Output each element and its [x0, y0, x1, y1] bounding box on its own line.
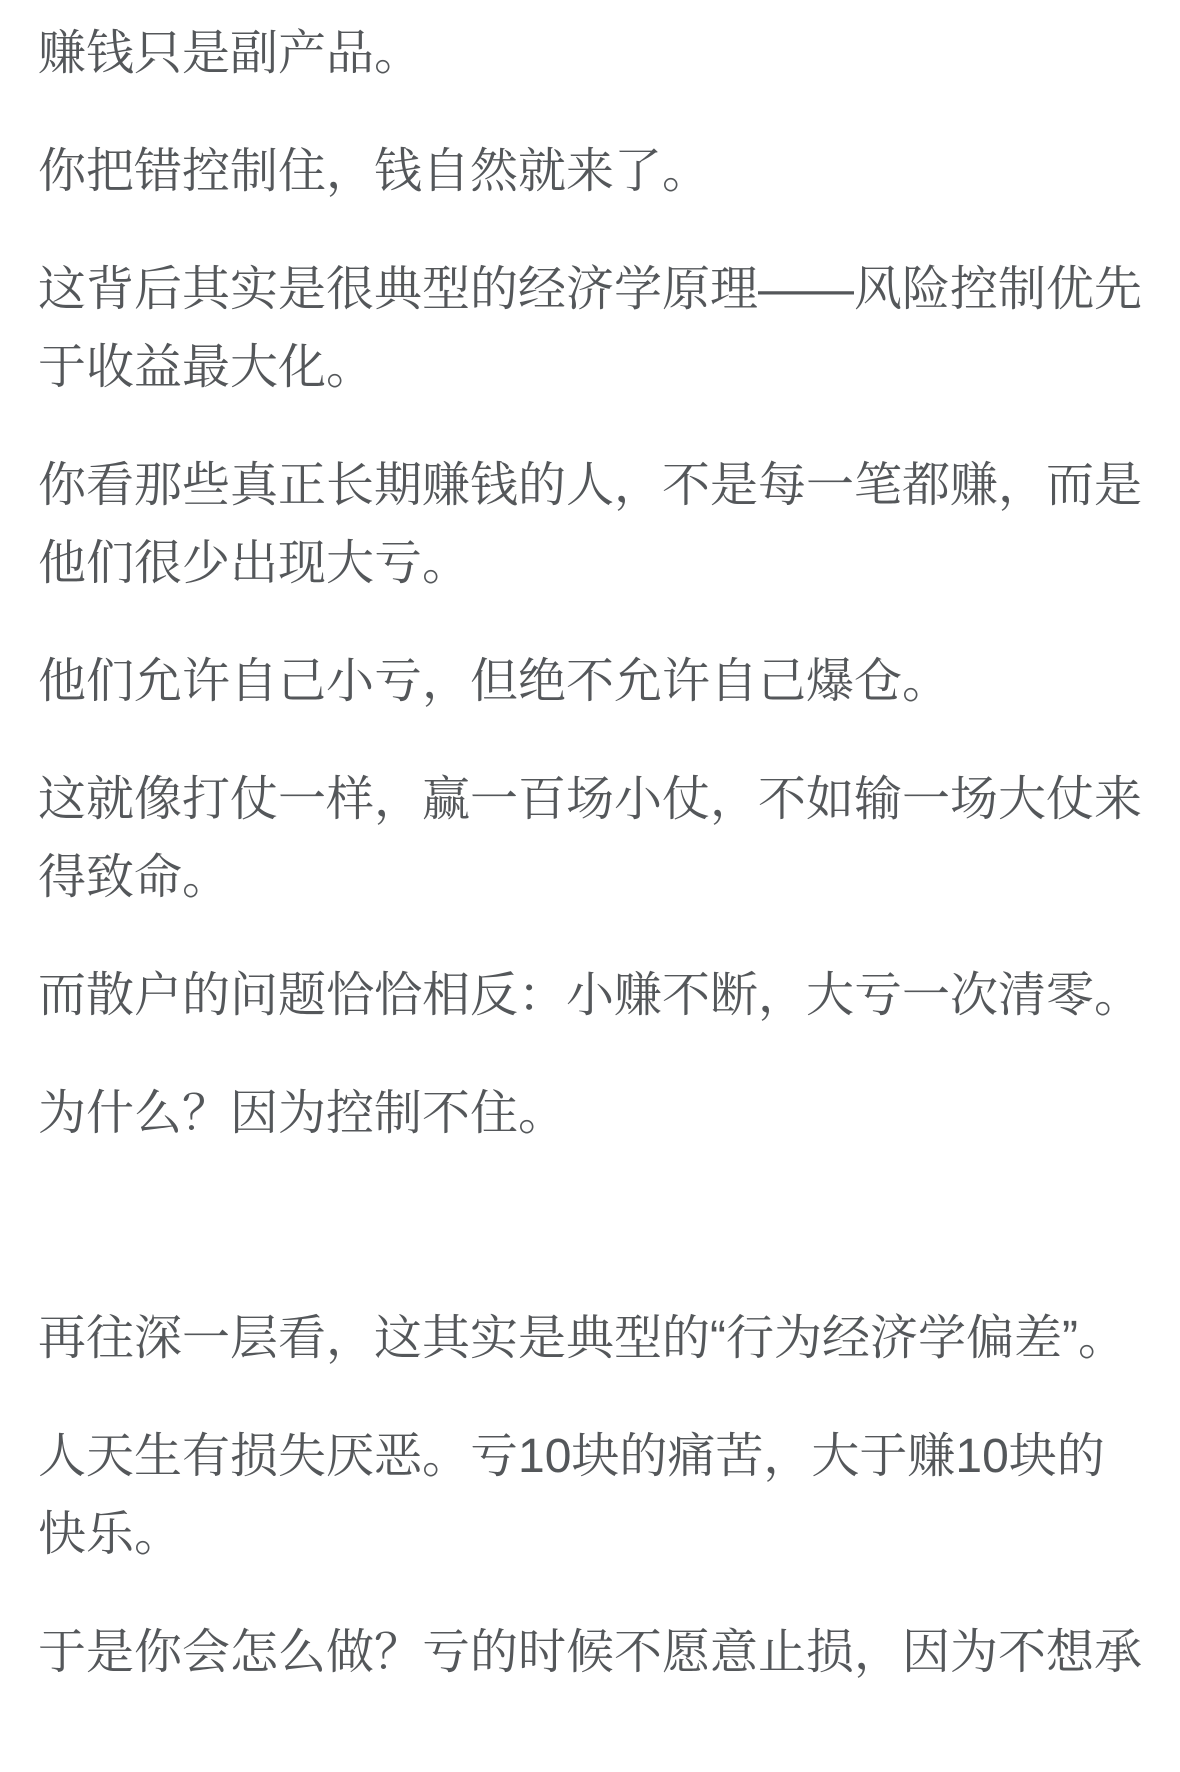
paragraph: 人天生有损失厌恶。亏10块的痛苦，大于赚10块的快乐。 — [38, 1418, 1148, 1574]
paragraph: 赚钱只是副产品。 — [38, 15, 1148, 93]
paragraph: 这就像打仗一样，赢一百场小仗，不如输一场大仗来得致命。 — [38, 761, 1148, 917]
paragraph: 你看那些真正长期赚钱的人，不是每一笔都赚，而是他们很少出现大亏。 — [38, 447, 1148, 603]
article: 赚钱只是副产品。你把错控制住，钱自然就来了。这背后其实是很典型的经济学原理——风… — [0, 0, 1180, 1772]
paragraph: 这背后其实是很典型的经济学原理——风险控制优先于收益最大化。 — [38, 251, 1148, 407]
paragraph: 他们允许自己小亏，但绝不允许自己爆仓。 — [38, 643, 1148, 721]
paragraph: 再往深一层看，这其实是典型的“行为经济学偏差”。 — [38, 1300, 1148, 1378]
article-body: 赚钱只是副产品。你把错控制住，钱自然就来了。这背后其实是很典型的经济学原理——风… — [38, 15, 1148, 1692]
paragraph: 为什么？因为控制不住。 — [38, 1075, 1148, 1153]
paragraph: 于是你会怎么做？亏的时候不愿意止损，因为不想承 — [38, 1614, 1148, 1692]
paragraph: 而散户的问题恰恰相反：小赚不断，大亏一次清零。 — [38, 957, 1148, 1035]
paragraph: 你把错控制住，钱自然就来了。 — [38, 133, 1148, 211]
